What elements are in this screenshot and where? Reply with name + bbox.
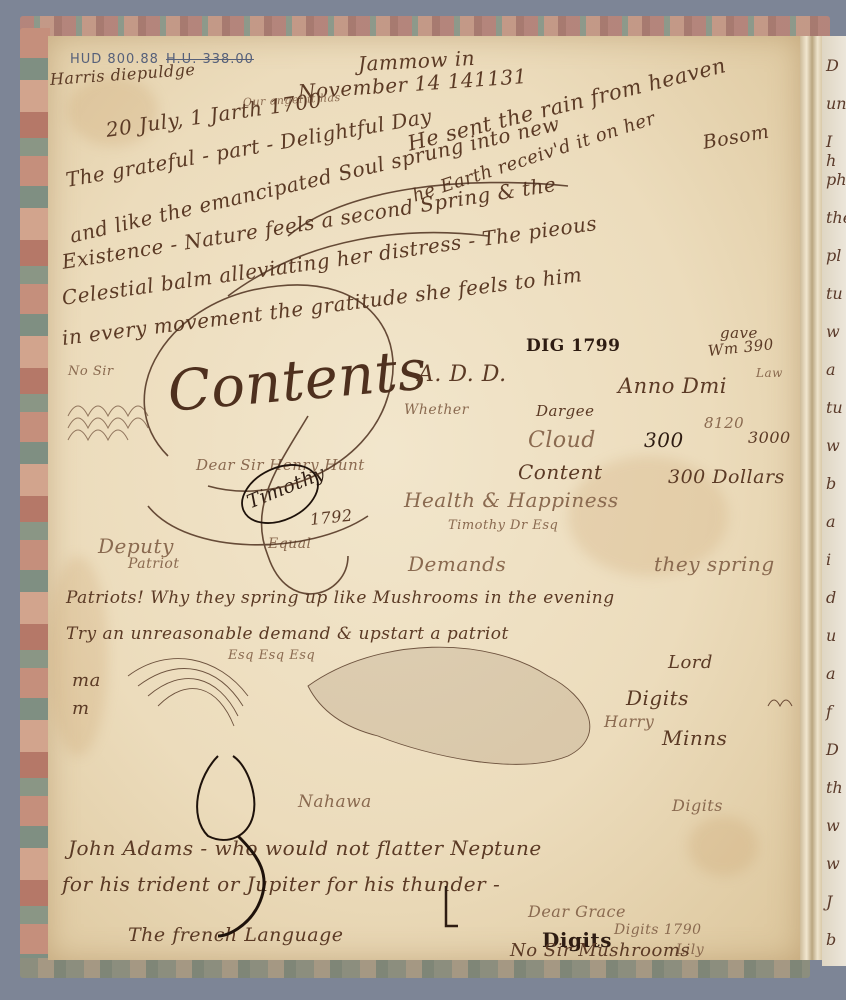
handwriting-fragment: D	[826, 740, 839, 759]
handwriting-fragment: w	[826, 854, 840, 873]
handwriting-fragment: J	[826, 892, 832, 911]
handwriting-fragment: th	[826, 778, 843, 797]
handwriting-fragment: D	[826, 56, 839, 75]
handwriting-fragment: un	[826, 94, 846, 113]
marbled-cover-top	[20, 16, 830, 38]
marbled-cover-left	[20, 28, 50, 973]
handwriting-fragment: w	[826, 322, 840, 341]
handwriting-fragment: a	[826, 512, 836, 531]
handwriting-fragment: a	[826, 360, 836, 379]
handwriting-fragment: w	[826, 816, 840, 835]
handwriting-fragment: i	[826, 550, 831, 569]
notebook: HUD 800.88 H.U. 338.00 Harris diepuldge …	[14, 14, 846, 980]
next-page-edge: D un I h ph the pl tu w a tu w b a i d u…	[822, 36, 846, 966]
manuscript-page: HUD 800.88 H.U. 338.00 Harris diepuldge …	[48, 36, 800, 960]
handwriting-fragment: f	[826, 702, 832, 721]
handwriting-fragment: I h	[826, 132, 846, 170]
cover-bottom-edge	[20, 958, 810, 978]
handwriting-fragment: tu	[826, 398, 843, 417]
handwriting-fragment: pl	[826, 246, 841, 265]
handwriting-fragment: the	[826, 208, 846, 227]
handwriting-fragment: b	[826, 474, 836, 493]
page-gutter	[800, 36, 822, 960]
handwriting-fragment: u	[826, 626, 836, 645]
handwriting-fragment: d	[826, 588, 836, 607]
pen-flourishes	[48, 36, 800, 960]
handwriting-fragment: a	[826, 664, 836, 683]
handwriting-fragment: ph	[826, 170, 846, 189]
handwriting-fragment: w	[826, 436, 840, 455]
handwriting-fragment: b	[826, 930, 836, 949]
handwriting-fragment: tu	[826, 284, 843, 303]
